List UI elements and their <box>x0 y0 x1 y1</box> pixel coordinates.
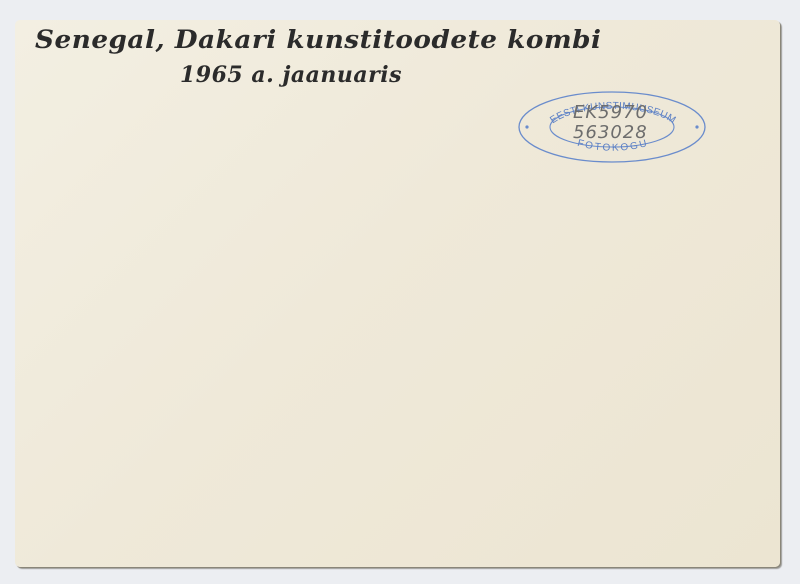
photo-card-back: Senegal, Dakari kunstitoodete kombi 1965… <box>15 20 780 567</box>
handwritten-caption-line2: 1965 a. jaanuaris <box>180 62 402 88</box>
handwritten-caption-line1: Senegal, Dakari kunstitoodete kombi <box>35 25 602 54</box>
inventory-number: EK5970 <box>573 102 648 123</box>
catalog-number: 563028 <box>573 122 648 143</box>
museum-stamp: EESTI KUNSTIMUUSEUM FOTOKOGU EK5970 5630… <box>517 90 707 164</box>
